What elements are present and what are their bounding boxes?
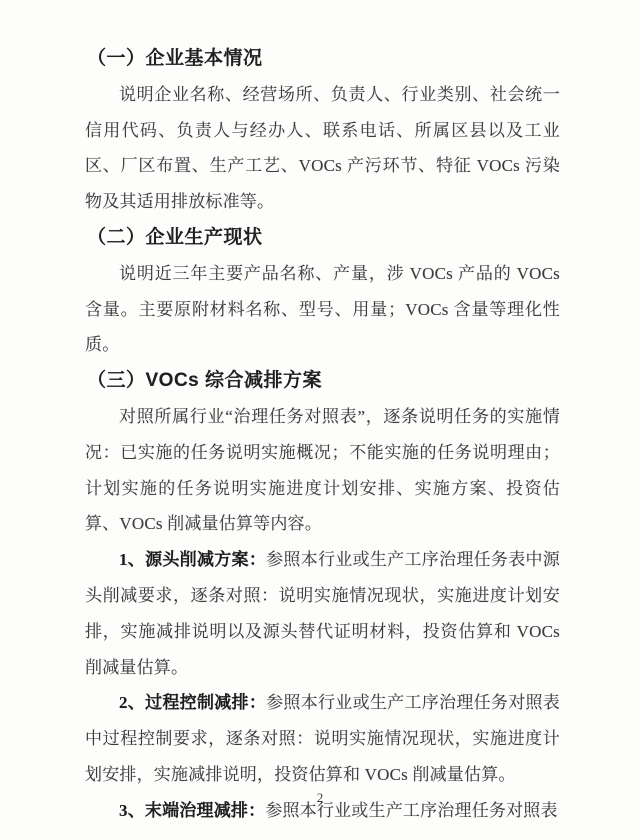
list-item-process-control: 2、过程控制减排：参照本行业或生产工序治理任务对照表中过程控制要求，逐条对照：说… bbox=[85, 685, 560, 792]
list-item-label: 2、过程控制减排： bbox=[119, 693, 266, 712]
list-item-source-reduction: 1、源头削减方案：参照本行业或生产工序治理任务表中源头削减要求，逐条对照：说明实… bbox=[85, 542, 560, 685]
document-content: （一）企业基本情况 说明企业名称、经营场所、负责人、行业类别、社会统一信用代码、… bbox=[85, 41, 560, 829]
document-page: （一）企业基本情况 说明企业名称、经营场所、负责人、行业类别、社会统一信用代码、… bbox=[0, 0, 640, 840]
paragraph-reduction-overview: 对照所属行业“治理任务对照表”，逐条说明任务的实施情况：已实施的任务说明实施概况… bbox=[85, 399, 560, 542]
section-heading-production-status: （二）企业生产现状 bbox=[87, 220, 560, 256]
paragraph-production-status: 说明近三年主要产品名称、产量，涉 VOCs 产品的 VOCs 含量。主要原附材料… bbox=[85, 256, 560, 363]
page-number: 2 bbox=[0, 790, 640, 806]
list-item-label: 1、源头削减方案： bbox=[119, 550, 266, 569]
section-heading-basic-info: （一）企业基本情况 bbox=[87, 41, 560, 77]
section-heading-vocs-reduction-plan: （三）VOCs 综合减排方案 bbox=[87, 363, 560, 399]
paragraph-basic-info: 说明企业名称、经营场所、负责人、行业类别、社会统一信用代码、负责人与经办人、联系… bbox=[85, 77, 560, 220]
